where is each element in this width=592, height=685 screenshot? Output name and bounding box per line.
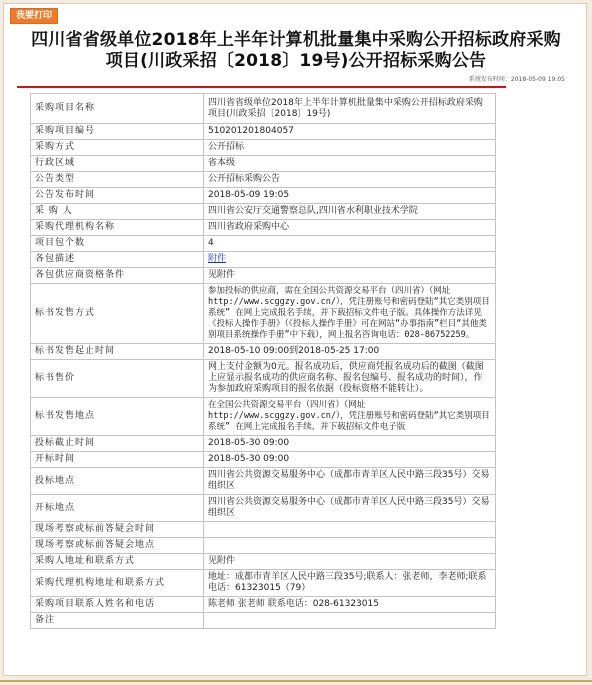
row-value: 地址：成都市青羊区人民中路三段35号;联系人：张老师，李老师;联系电话：6132… <box>204 570 496 597</box>
table-row: 采购人地址和联系方式 见附件 <box>31 554 496 570</box>
row-label: 标书售价 <box>31 360 204 398</box>
row-label: 采购项目联系人姓名和电话 <box>31 597 204 613</box>
title-line-1: 四川省省级单位2018年上半年计算机批量集中采购公开招标政府采购 <box>0 30 592 51</box>
publish-time: 系统发布时间：2018-05-09 19:05 <box>469 74 565 83</box>
row-label: 采购代理机构名称 <box>31 220 204 236</box>
row-value: 四川省公安厅交通警察总队,四川省水利职业技术学院 <box>204 204 496 220</box>
table-row: 公告类型 公开招标采购公告 <box>31 172 496 188</box>
page-title: 四川省省级单位2018年上半年计算机批量集中采购公开招标政府采购 项目(川政采招… <box>0 30 592 72</box>
row-value: 公开招标采购公告 <box>204 172 496 188</box>
divider <box>17 86 506 88</box>
row-value: 省本级 <box>204 156 496 172</box>
row-value: 见附件 <box>204 268 496 284</box>
table-row: 采购代理机构名称 四川省政府采购中心 <box>31 220 496 236</box>
table-row: 标书发售方式 参加投标的供应商，需在全国公共资源交易平台（四川省）（网址http… <box>31 284 496 344</box>
print-button[interactable]: 我要打印 <box>10 8 58 24</box>
table-row: 采 购 人 四川省公安厅交通警察总队,四川省水利职业技术学院 <box>31 204 496 220</box>
row-label: 采购项目名称 <box>31 94 204 124</box>
row-value: 2018-05-30 09:00 <box>204 436 496 452</box>
row-label: 开标地点 <box>31 495 204 522</box>
row-label: 投标地点 <box>31 468 204 495</box>
row-label: 标书发售起止时间 <box>31 344 204 360</box>
row-value: 2018-05-10 09:00到2018-05-25 17:00 <box>204 344 496 360</box>
row-value: 附件 <box>204 252 496 268</box>
row-value: 四川省公共资源交易服务中心（成都市青羊区人民中路三段35号）交易组织区 <box>204 495 496 522</box>
table-row: 各包描述 附件 <box>31 252 496 268</box>
table-row: 现场考察或标前答疑会地点 <box>31 538 496 554</box>
row-label: 采购代理机构地址和联系方式 <box>31 570 204 597</box>
attachment-link[interactable]: 附件 <box>208 254 226 264</box>
row-value: 公开招标 <box>204 140 496 156</box>
row-label: 项目包个数 <box>31 236 204 252</box>
row-value: 参加投标的供应商，需在全国公共资源交易平台（四川省）（网址http://www.… <box>204 284 496 344</box>
table-row: 标书售价 网上支付金额为0元。报名成功后，供应商凭报名成功后的截图（截图上应显示… <box>31 360 496 398</box>
row-label: 开标时间 <box>31 452 204 468</box>
announcement-table: 采购项目名称 四川省省级单位2018年上半年计算机批量集中采购公开招标政府采购项… <box>30 93 496 629</box>
table-row: 开标地点 四川省公共资源交易服务中心（成都市青羊区人民中路三段35号）交易组织区 <box>31 495 496 522</box>
row-value: 四川省政府采购中心 <box>204 220 496 236</box>
row-label: 采购方式 <box>31 140 204 156</box>
table-row: 采购方式 公开招标 <box>31 140 496 156</box>
row-label: 采 购 人 <box>31 204 204 220</box>
table-row: 标书发售地点 在全国公共资源交易平台（四川省）（网址 http://www.sc… <box>31 398 496 436</box>
table-row: 开标时间 2018-05-30 09:00 <box>31 452 496 468</box>
row-value <box>204 538 496 554</box>
row-value: 2018-05-30 09:00 <box>204 452 496 468</box>
table-row: 备注 <box>31 613 496 629</box>
row-label: 标书发售方式 <box>31 284 204 344</box>
row-value: 510201201804057 <box>204 124 496 140</box>
row-label: 备注 <box>31 613 204 629</box>
row-value: 四川省公共资源交易服务中心（成都市青羊区人民中路三段35号）交易组织区 <box>204 468 496 495</box>
table-row: 采购项目编号 510201201804057 <box>31 124 496 140</box>
row-label: 各包描述 <box>31 252 204 268</box>
row-value: 在全国公共资源交易平台（四川省）（网址 http://www.scggzy.go… <box>204 398 496 436</box>
row-label: 现场考察或标前答疑会地点 <box>31 538 204 554</box>
row-label: 采购人地址和联系方式 <box>31 554 204 570</box>
table-row: 行政区域 省本级 <box>31 156 496 172</box>
row-label: 标书发售地点 <box>31 398 204 436</box>
row-value: 四川省省级单位2018年上半年计算机批量集中采购公开招标政府采购项目(川政采招〔… <box>204 94 496 124</box>
row-value <box>204 522 496 538</box>
title-line-2: 项目(川政采招〔2018〕19号)公开招标采购公告 <box>0 51 592 72</box>
row-value: 4 <box>204 236 496 252</box>
table-row: 各包供应商资格条件 见附件 <box>31 268 496 284</box>
row-label: 现场考察或标前答疑会时间 <box>31 522 204 538</box>
table-row: 项目包个数 4 <box>31 236 496 252</box>
row-value: 见附件 <box>204 554 496 570</box>
table-row: 现场考察或标前答疑会时间 <box>31 522 496 538</box>
footer-bar <box>0 680 592 685</box>
row-value <box>204 613 496 629</box>
row-label: 公告发布时间 <box>31 188 204 204</box>
row-label: 投标截止时间 <box>31 436 204 452</box>
table-row: 采购项目名称 四川省省级单位2018年上半年计算机批量集中采购公开招标政府采购项… <box>31 94 496 124</box>
row-label: 各包供应商资格条件 <box>31 268 204 284</box>
table-row: 采购代理机构地址和联系方式 地址：成都市青羊区人民中路三段35号;联系人：张老师… <box>31 570 496 597</box>
row-value: 2018-05-09 19:05 <box>204 188 496 204</box>
row-value: 网上支付金额为0元。报名成功后，供应商凭报名成功后的截图（截图上应显示报名成功的… <box>204 360 496 398</box>
row-label: 公告类型 <box>31 172 204 188</box>
row-value: 陈老师 张老师 联系电话：028-61323015 <box>204 597 496 613</box>
table-row: 采购项目联系人姓名和电话 陈老师 张老师 联系电话：028-61323015 <box>31 597 496 613</box>
table-row: 标书发售起止时间 2018-05-10 09:00到2018-05-25 17:… <box>31 344 496 360</box>
row-label: 采购项目编号 <box>31 124 204 140</box>
table-row: 投标地点 四川省公共资源交易服务中心（成都市青羊区人民中路三段35号）交易组织区 <box>31 468 496 495</box>
row-label: 行政区域 <box>31 156 204 172</box>
table-row: 投标截止时间 2018-05-30 09:00 <box>31 436 496 452</box>
table-row: 公告发布时间 2018-05-09 19:05 <box>31 188 496 204</box>
